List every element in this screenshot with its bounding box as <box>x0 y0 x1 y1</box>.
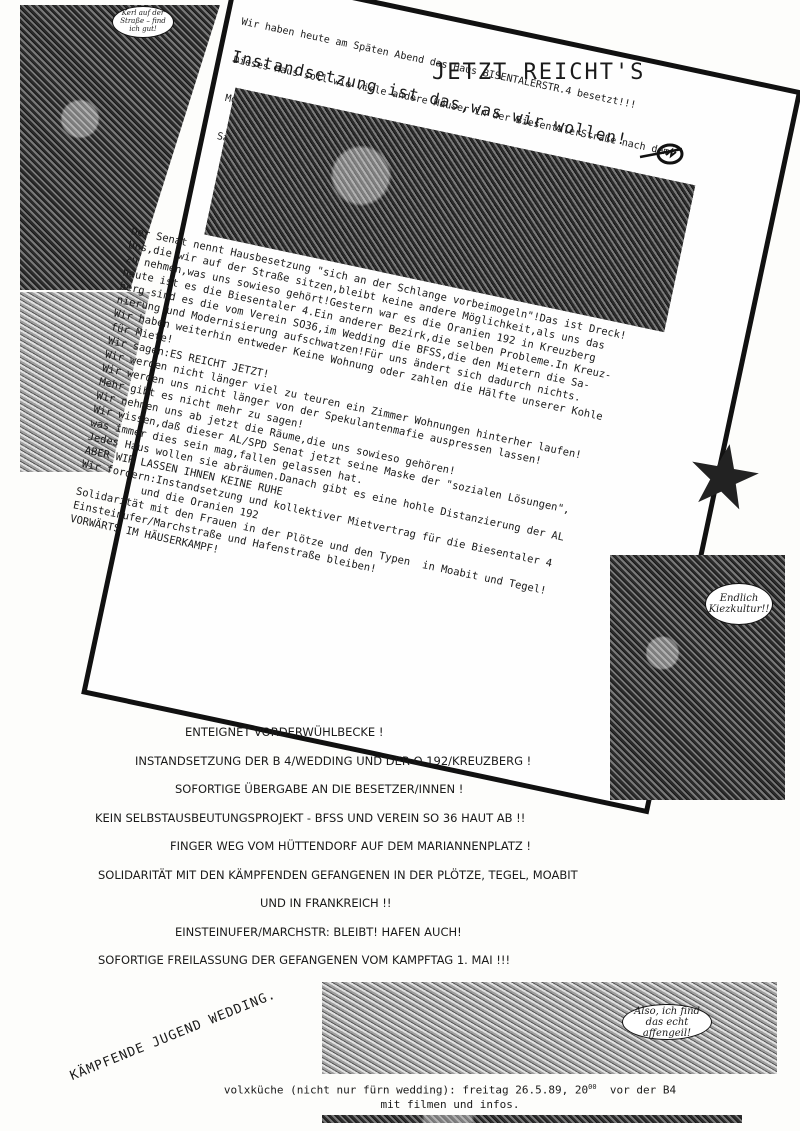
photo-bottom-strip <box>322 1115 742 1123</box>
footer-line-1: volxküche (nicht nur fürn wedding): frei… <box>150 1080 750 1098</box>
demand-item: SOFORTIGE FREILASSUNG DER GEFANGENEN VOM… <box>90 946 610 975</box>
demand-item: SOFORTIGE ÜBERGABE AN DIE BESETZER/INNEN… <box>90 775 610 804</box>
demand-item: EINSTEINUFER/MARCHSTR: BLEIBT! HAFEN AUC… <box>90 918 610 947</box>
signature: KÄMPFENDE JUGEND WEDDING. <box>68 987 278 1084</box>
demand-item: UND IN FRANKREICH !! <box>90 889 610 918</box>
footer-line-2: mit filmen und infos. <box>150 1098 750 1112</box>
demand-item: SOLIDARITÄT MIT DEN KÄMPFENDEN GEFANGENE… <box>90 861 610 890</box>
demand-item: ENTEIGNET VORDERWÜHLBECKE ! <box>90 718 610 747</box>
footer-time-sup: 00 <box>588 1083 596 1091</box>
footer-text: volxküche (nicht nur fürn wedding): frei… <box>224 1084 588 1097</box>
demand-item: FINGER WEG VOM HÜTTENDORF AUF DEM MARIAN… <box>90 832 610 861</box>
demand-item: INSTANDSETZUNG DER B 4/WEDDING UND DER O… <box>90 747 610 776</box>
footer-location: vor der B4 <box>597 1084 676 1097</box>
speech-bubble-top-left: Kerl auf der Straße – find ich gut! <box>112 6 174 38</box>
demands-list: ENTEIGNET VORDERWÜHLBECKE ! INSTANDSETZU… <box>90 718 610 975</box>
flyer-title: JETZT REICHT'S <box>432 60 645 85</box>
star-icon <box>688 440 760 512</box>
demand-item: KEIN SELBSTAUSBEUTUNGSPROJEKT - BFSS UND… <box>90 804 610 833</box>
squatter-symbol-icon <box>638 143 686 165</box>
speech-bubble-bottom: Also, ich find das echt affengeil! <box>622 1004 712 1040</box>
footer-event-info: volxküche (nicht nur fürn wedding): frei… <box>150 1080 750 1112</box>
speech-bubble-right: Endlich Kiezkultur!! <box>705 583 773 625</box>
